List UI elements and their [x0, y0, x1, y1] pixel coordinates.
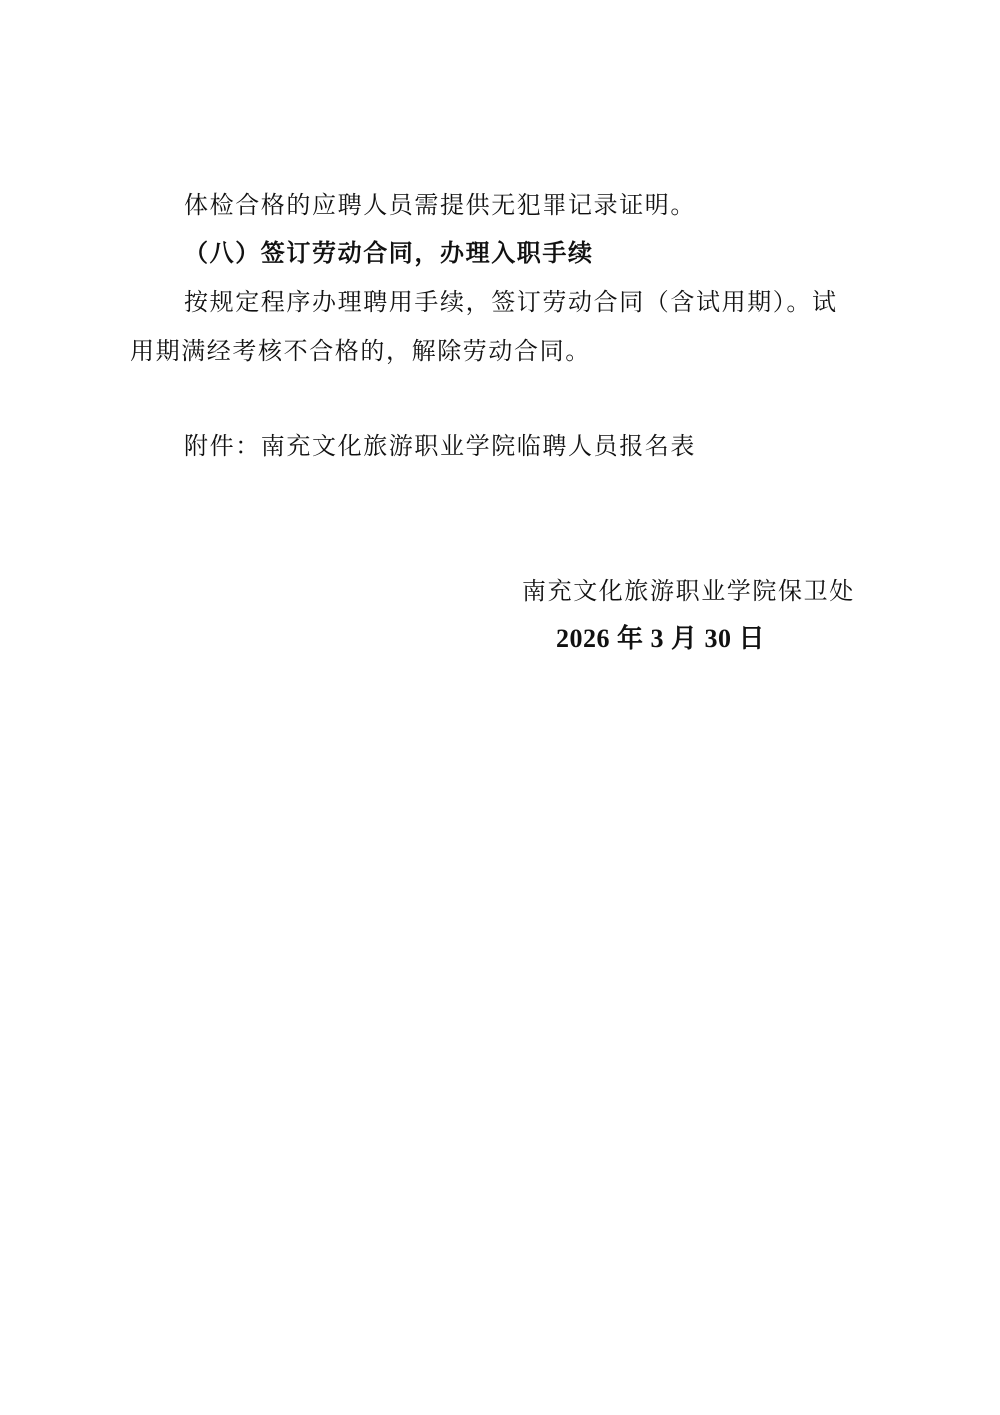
- signature-date: 2026 年 3 月 30 日: [556, 624, 765, 654]
- paragraph-line: 用期满经考核不合格的，解除劳动合同。: [130, 336, 591, 366]
- paragraph-line: 按规定程序办理聘用手续，签订劳动合同（含试用期）。试: [184, 287, 838, 317]
- section-heading: （八）签订劳动合同，办理入职手续: [184, 238, 594, 268]
- signature-organization: 南充文化旅游职业学院保卫处: [522, 576, 855, 606]
- paragraph-line: 体检合格的应聘人员需提供无犯罪记录证明。: [184, 190, 696, 220]
- attachment-note: 附件：南充文化旅游职业学院临聘人员报名表: [184, 431, 696, 461]
